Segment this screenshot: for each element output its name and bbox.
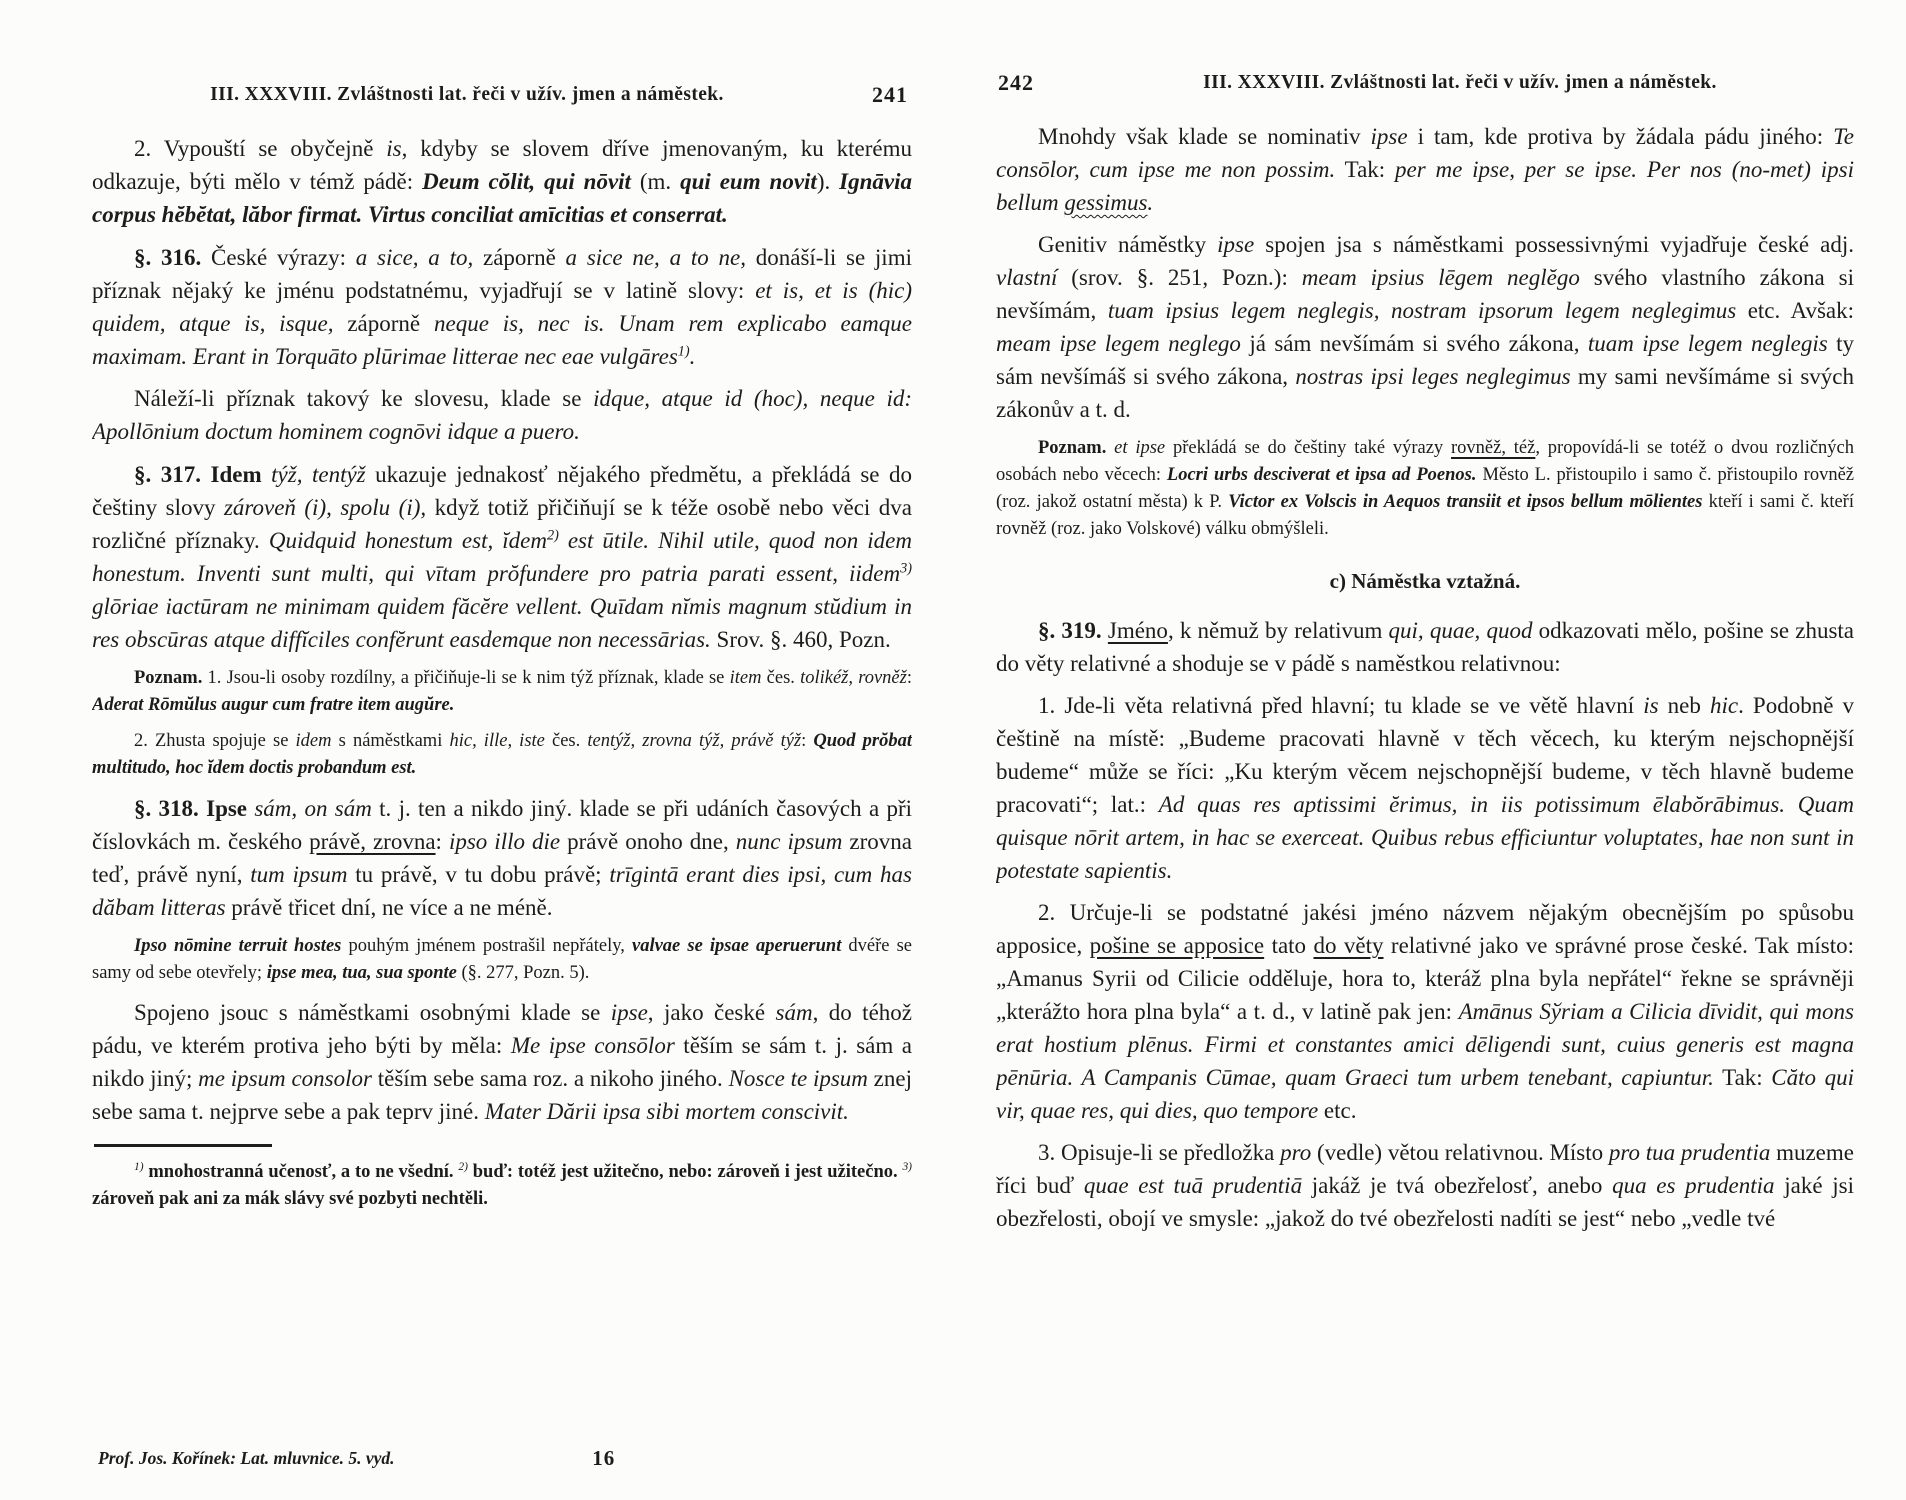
running-head-title: III. XXXVIII. Zvláštnosti lat. řeči v už…: [996, 72, 1854, 94]
text-run: (§. 277, Pozn. 5).: [457, 963, 590, 983]
text-run: 2. Zhusta spojuje se: [134, 731, 296, 751]
text-run: et ipse: [1114, 438, 1165, 458]
text-run: i tam, kde protiva by žádala pádu jiného…: [1408, 124, 1834, 149]
text-run: buď: totéž jest užitečno, nebo: zároveň …: [468, 1162, 903, 1182]
text-run: is: [1643, 693, 1658, 718]
text-run: zároveň (i), spolu (i),: [224, 495, 426, 520]
text-run: etc. Avšak:: [1736, 298, 1854, 323]
text-run: pro tua prudentia: [1609, 1140, 1770, 1165]
text-run: a sice ne, a to ne,: [566, 245, 746, 270]
text-run: :: [436, 829, 449, 854]
text-run: sám: [776, 1000, 813, 1025]
paragraph: 2. Vypouští se obyčejně is, kdyby se slo…: [92, 132, 912, 231]
paragraph: §. 317. Idem týž, tentýž ukazuje jednako…: [92, 458, 912, 656]
text-run: qui, quae, quod: [1389, 618, 1533, 643]
page-right: 242 III. XXXVIII. Zvláštnosti lat. řeči …: [996, 72, 1854, 1492]
text-run: [1106, 438, 1114, 458]
text-run: 1): [134, 1161, 144, 1173]
text-run: 3): [900, 560, 912, 576]
text-run: ipso illo die: [449, 829, 560, 854]
text-run: meam ipse legem neglego: [996, 331, 1241, 356]
paragraph: Ipso nōmine terruit hostes pouhým jménem…: [92, 933, 912, 987]
text-run: Jméno: [1108, 618, 1168, 643]
text-run: ).: [817, 169, 839, 194]
text-run: nostras ipsi leges neglegimus: [1295, 364, 1570, 389]
text-run: hic, ille, iste: [449, 731, 544, 751]
page-left: III. XXXVIII. Zvláštnosti lat. řeči v už…: [92, 84, 912, 1484]
paragraph: Poznam. et ipse překládá se do češtiny t…: [996, 435, 1854, 543]
text-run: is: [386, 136, 401, 161]
text-run: Quidquid honestum est, ĭdem: [269, 528, 547, 553]
paragraph: §. 316. České výrazy: a sice, a to, zápo…: [92, 241, 912, 373]
text-run: item: [730, 668, 762, 688]
text-run: §. 317. Idem: [134, 462, 262, 487]
text-run: .: [690, 344, 696, 369]
text-run: Genitiv náměstky: [1038, 232, 1217, 257]
text-run: c) Náměstka vztažná.: [1330, 569, 1521, 593]
text-run: spojen jsa s náměstkami possessivnými vy…: [1254, 232, 1854, 257]
text-run: tolikéž, rovněž: [800, 668, 907, 688]
text-run: :: [801, 731, 813, 751]
text-run: tuam ipse legem neglegis: [1588, 331, 1828, 356]
text-run: nunc ipsum: [736, 829, 843, 854]
text-run: čes.: [545, 731, 587, 751]
text-run: (m.: [631, 169, 680, 194]
section-heading: c) Náměstka vztažná.: [996, 565, 1854, 598]
text-run: 1. Jde-li věta relativná před hlavní; tu…: [1038, 693, 1643, 718]
text-run: tum ipsum: [250, 862, 347, 887]
text-run: me ipsum consolor: [198, 1066, 372, 1091]
text-run: idem: [296, 731, 332, 751]
text-run: 2): [458, 1161, 468, 1173]
text-run: jakáž je tvá obezřelosť, anebo: [1302, 1173, 1612, 1198]
text-run: Mater Dării ipsa sibi mortem conscivit.: [485, 1099, 849, 1124]
text-run: Poznam.: [134, 668, 202, 688]
paragraph: 3. Opisuje-li se předložka pro (vedle) v…: [996, 1136, 1854, 1235]
text-run: a sice, a to,: [356, 245, 473, 270]
text-run: meam ipsius lēgem neglĕgo: [1302, 265, 1580, 290]
text-run: valvae se ipsae aperuerunt: [632, 936, 841, 956]
paragraph: 1. Jde-li věta relativná před hlavní; tu…: [996, 689, 1854, 887]
text-run: Ipso nōmine terruit hostes: [134, 936, 341, 956]
book-spread: { "document": { "left_header_title": "II…: [0, 0, 1906, 1500]
paragraph: §. 319. Jméno, k němuž by relativum qui,…: [996, 614, 1854, 680]
sheet-number: 16: [592, 1446, 615, 1471]
text-run: §. 319.: [1038, 618, 1102, 643]
text-run: Srov. §. 460, Pozn.: [711, 627, 891, 652]
text-run: já sám nevšímám si svého zákona,: [1241, 331, 1588, 356]
text-run: tu právě, v tu dobu právě;: [347, 862, 609, 887]
text-run: pro: [1280, 1140, 1311, 1165]
paragraph: Mnohdy však klade se nominativ ipse i ta…: [996, 120, 1854, 219]
text-run: gessimus: [1064, 190, 1147, 215]
text-run: vlastní: [996, 265, 1057, 290]
text-run: zároveň pak ani za mák slávy své pozbyti…: [92, 1189, 488, 1209]
text-run: Mnohdy však klade se nominativ: [1038, 124, 1371, 149]
text-run: Tak:: [1335, 157, 1395, 182]
running-head: III. XXXVIII. Zvláštnosti lat. řeči v už…: [92, 84, 912, 110]
paragraph: 1) mnohostranná učenosť, a to ne všední.…: [92, 1159, 912, 1213]
text-run: :: [907, 668, 912, 688]
text-run: (vedle) větou relativnou. Místo: [1311, 1140, 1609, 1165]
text-run: §. 316.: [134, 245, 201, 270]
text-run: mnohostranná učenosť, a to ne všední.: [144, 1162, 459, 1182]
running-head-title: III. XXXVIII. Zvláštnosti lat. řeči v už…: [92, 84, 912, 106]
text-run: hic: [1710, 693, 1738, 718]
text-run: právě onoho dne,: [560, 829, 736, 854]
paragraph: Náleží-li příznak takový ke slovesu, kla…: [92, 382, 912, 448]
page-body: 2. Vypouští se obyčejně is, kdyby se slo…: [92, 132, 912, 1213]
text-run: neb: [1659, 693, 1710, 718]
text-run: ipse: [1371, 124, 1408, 149]
paragraph: §. 318. Ipse sám, on sám t. j. ten a nik…: [92, 792, 912, 924]
text-run: týž, tentýž: [271, 462, 365, 487]
paragraph: Spojeno jsouc s náměstkami osobnými klad…: [92, 996, 912, 1128]
text-run: Me ipse consōlor: [511, 1033, 675, 1058]
text-run: ipse mea, tua, sua sponte: [267, 963, 457, 983]
text-run: záporně: [473, 245, 565, 270]
page-number: 241: [872, 84, 908, 108]
text-run: 1. Jsou-li osoby rozdílny, a přičiňuje-l…: [202, 668, 729, 688]
text-run: 3): [902, 1161, 912, 1173]
paragraph: Poznam. 1. Jsou-li osoby rozdílny, a při…: [92, 665, 912, 719]
text-run: Aderat Rōmŭlus augur cum fratre item aug…: [92, 695, 454, 715]
text-run: České výrazy:: [201, 245, 355, 270]
paragraph: 2. Zhusta spojuje se idem s náměstkami h…: [92, 728, 912, 782]
text-run: Poznam.: [1038, 438, 1106, 458]
text-run: [262, 462, 272, 487]
text-run: těším sebe sama roz. a nikoho jiného.: [372, 1066, 729, 1091]
text-run: sám, on sám: [254, 796, 372, 821]
footnote-rule: [94, 1144, 272, 1147]
text-run: Deum cŏlit, qui nōvit: [422, 169, 631, 194]
text-run: Victor ex Volscis in Aequos transiit et …: [1228, 492, 1702, 512]
text-run: 2): [547, 527, 559, 543]
running-head: 242 III. XXXVIII. Zvláštnosti lat. řeči …: [996, 72, 1854, 98]
text-run: etc.: [1318, 1098, 1356, 1123]
text-run: 1): [678, 343, 690, 359]
text-run: tuam ipsius legem neglegis, nostram ipso…: [1108, 298, 1736, 323]
text-run: záporně: [334, 311, 434, 336]
text-run: Náleží-li příznak takový ke slovesu, kla…: [134, 386, 593, 411]
text-run: §. 318. Ipse: [134, 796, 247, 821]
text-run: tato: [1264, 933, 1313, 958]
text-run: tentýž, zrovna týž, právě týž: [587, 731, 801, 751]
paragraph: Genitiv náměstky ipse spojen jsa s náměs…: [996, 228, 1854, 426]
paragraph: 2. Určuje-li se podstatné jakési jméno n…: [996, 896, 1854, 1127]
text-run: Nosce te ipsum: [729, 1066, 868, 1091]
text-run: pouhým jménem postrašil nepřátely,: [341, 936, 632, 956]
text-run: quae est tuā prudentiā: [1084, 1173, 1302, 1198]
page-body: Mnohdy však klade se nominativ ipse i ta…: [996, 120, 1854, 1235]
text-run: právě třicet dní, ne více a ne méně.: [226, 895, 553, 920]
imprint: Prof. Jos. Kořínek: Lat. mluvnice. 5. vy…: [98, 1448, 395, 1469]
text-run: Locri urbs desciverat et ipsa ad Poenos.: [1167, 465, 1477, 485]
text-run: Spojeno jsouc s náměstkami osobnými klad…: [134, 1000, 611, 1025]
text-run: ipse: [611, 1000, 648, 1025]
text-run: ipse: [1217, 232, 1254, 257]
text-run: právě, zrovna: [309, 829, 435, 854]
text-run: rovněž, též: [1451, 438, 1535, 458]
text-run: 3. Opisuje-li se předložka: [1038, 1140, 1280, 1165]
text-run: , k němuž by relativum: [1168, 618, 1389, 643]
text-run: překládá se do češtiny také výrazy: [1165, 438, 1451, 458]
text-run: qui eum novit: [680, 169, 817, 194]
page-number: 242: [998, 72, 1034, 96]
text-run: pošine se apposice: [1090, 933, 1265, 958]
text-run: .: [1147, 190, 1153, 215]
text-run: Tak:: [1714, 1065, 1771, 1090]
text-run: 2. Vypouští se obyčejně: [134, 136, 386, 161]
text-run: do věty: [1313, 933, 1383, 958]
text-run: , jako české: [648, 1000, 776, 1025]
text-run: qua es prudentia: [1612, 1173, 1774, 1198]
text-run: čes.: [761, 668, 800, 688]
text-run: s náměstkami: [332, 731, 450, 751]
text-run: (srov. §. 251, Pozn.):: [1057, 265, 1301, 290]
page-footer: Prof. Jos. Kořínek: Lat. mluvnice. 5. vy…: [92, 1446, 912, 1474]
